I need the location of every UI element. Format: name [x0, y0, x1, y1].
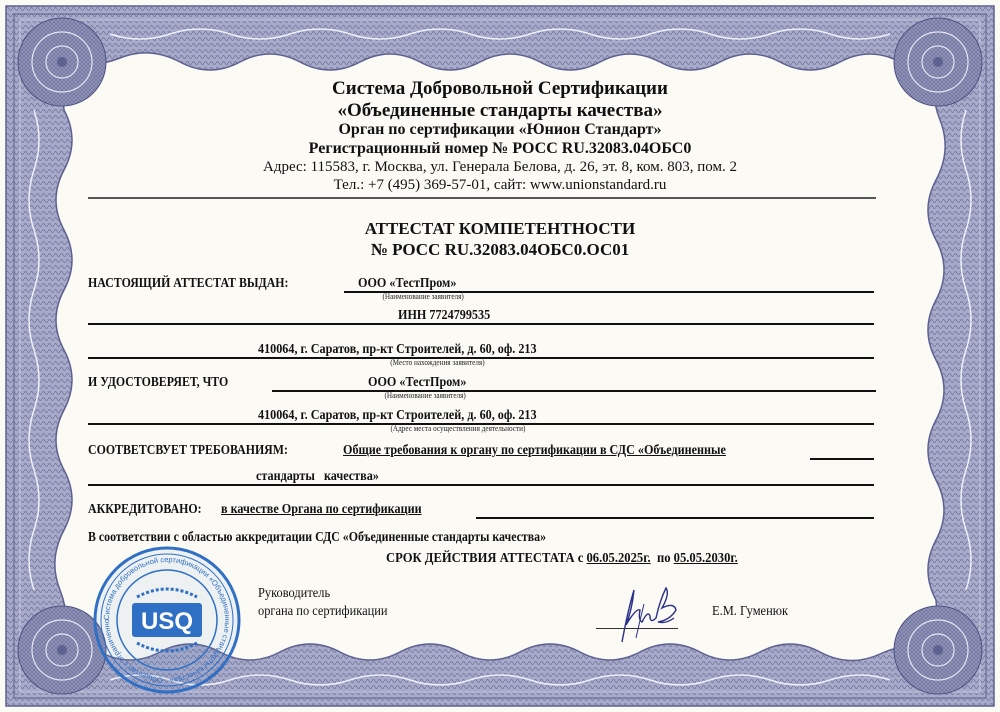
- requirements-label: СООТВЕТСВУЕТ ТРЕБОВАНИЯМ:: [88, 442, 288, 458]
- valid-to-date: 05.05.2030г.: [674, 551, 738, 566]
- requirements-underline-1: [810, 458, 874, 460]
- header-registration-number: Регистрационный номер № РОСС RU.32083.04…: [0, 140, 1000, 158]
- certifies-underline: [272, 390, 876, 392]
- issued-to-caption: (Наименование заявителя): [383, 292, 464, 301]
- issued-to-label: НАСТОЯЩИЙ АТТЕСТАТ ВЫДАН:: [88, 275, 288, 291]
- validity-period: СРОК ДЕЙСТВИЯ АТТЕСТАТА с 06.05.2025г. п…: [386, 551, 738, 567]
- header-certification-body: Орган по сертификации «Юнион Стандарт»: [0, 121, 1000, 139]
- header-divider: [88, 197, 876, 199]
- signatory-name: Е.М. Гуменюк: [712, 603, 788, 619]
- signatory-role-line1: Руководитель: [258, 585, 330, 601]
- header-address: Адрес: 115583, г. Москва, ул. Генерала Б…: [0, 159, 1000, 176]
- requirements-value-line1: Общие требования к органу по сертификаци…: [343, 442, 726, 458]
- inn-underline: [88, 323, 874, 325]
- activity-address-caption: (Адрес места осуществления деятельности): [390, 424, 525, 433]
- valid-from-date: 06.05.2025г.: [586, 551, 650, 566]
- certificate-title: АТТЕСТАТ КОМПЕТЕНТНОСТИ: [0, 219, 1000, 239]
- accredited-value: в качестве Органа по сертификации: [221, 501, 422, 517]
- stamp-logo-usq: USQ: [141, 608, 193, 635]
- validity-to-label: по: [657, 551, 671, 566]
- issued-to-value: ООО «ТестПром»: [358, 275, 456, 291]
- header-contacts: Тел.: +7 (495) 369-57-01, сайт: www.unio…: [0, 177, 1000, 194]
- certifies-value: ООО «ТестПром»: [368, 374, 466, 390]
- header-system-name: Система Добровольной Сертификации: [0, 78, 1000, 100]
- inn-value: ИНН 7724799535: [398, 307, 490, 323]
- certifies-label: И УДОСТОВЕРЯЕТ, ЧТО: [88, 374, 228, 390]
- certificate-content: Система Добровольной Сертификации «Объед…: [0, 0, 1000, 712]
- organization-stamp: Система добровольной сертификации «Объед…: [92, 545, 242, 695]
- requirements-value-line2: стандарты качества»: [256, 468, 379, 484]
- header-system-subtitle: «Объединенные стандарты качества»: [0, 100, 1000, 122]
- handwritten-signature: [596, 580, 686, 650]
- requirements-underline-2: [88, 484, 874, 486]
- signature-line: [596, 628, 678, 629]
- validity-label: СРОК ДЕЙСТВИЯ АТТЕСТАТА с: [386, 551, 583, 566]
- activity-address-value: 410064, г. Саратов, пр-кт Строителей, д.…: [258, 407, 537, 423]
- certificate-number: № РОСС RU.32083.04ОБС0.ОС01: [0, 240, 1000, 260]
- location-caption: (Место нахождения заявителя): [390, 358, 484, 367]
- scope-text: В соответствии с областью аккредитации С…: [88, 529, 546, 545]
- signatory-role-line2: органа по сертификации: [258, 603, 388, 619]
- location-value: 410064, г. Саратов, пр-кт Строителей, д.…: [258, 341, 537, 357]
- accredited-label: АККРЕДИТОВАНО:: [88, 501, 202, 517]
- accredited-underline: [476, 517, 874, 519]
- certifies-caption: (Наименование заявителя): [385, 391, 466, 400]
